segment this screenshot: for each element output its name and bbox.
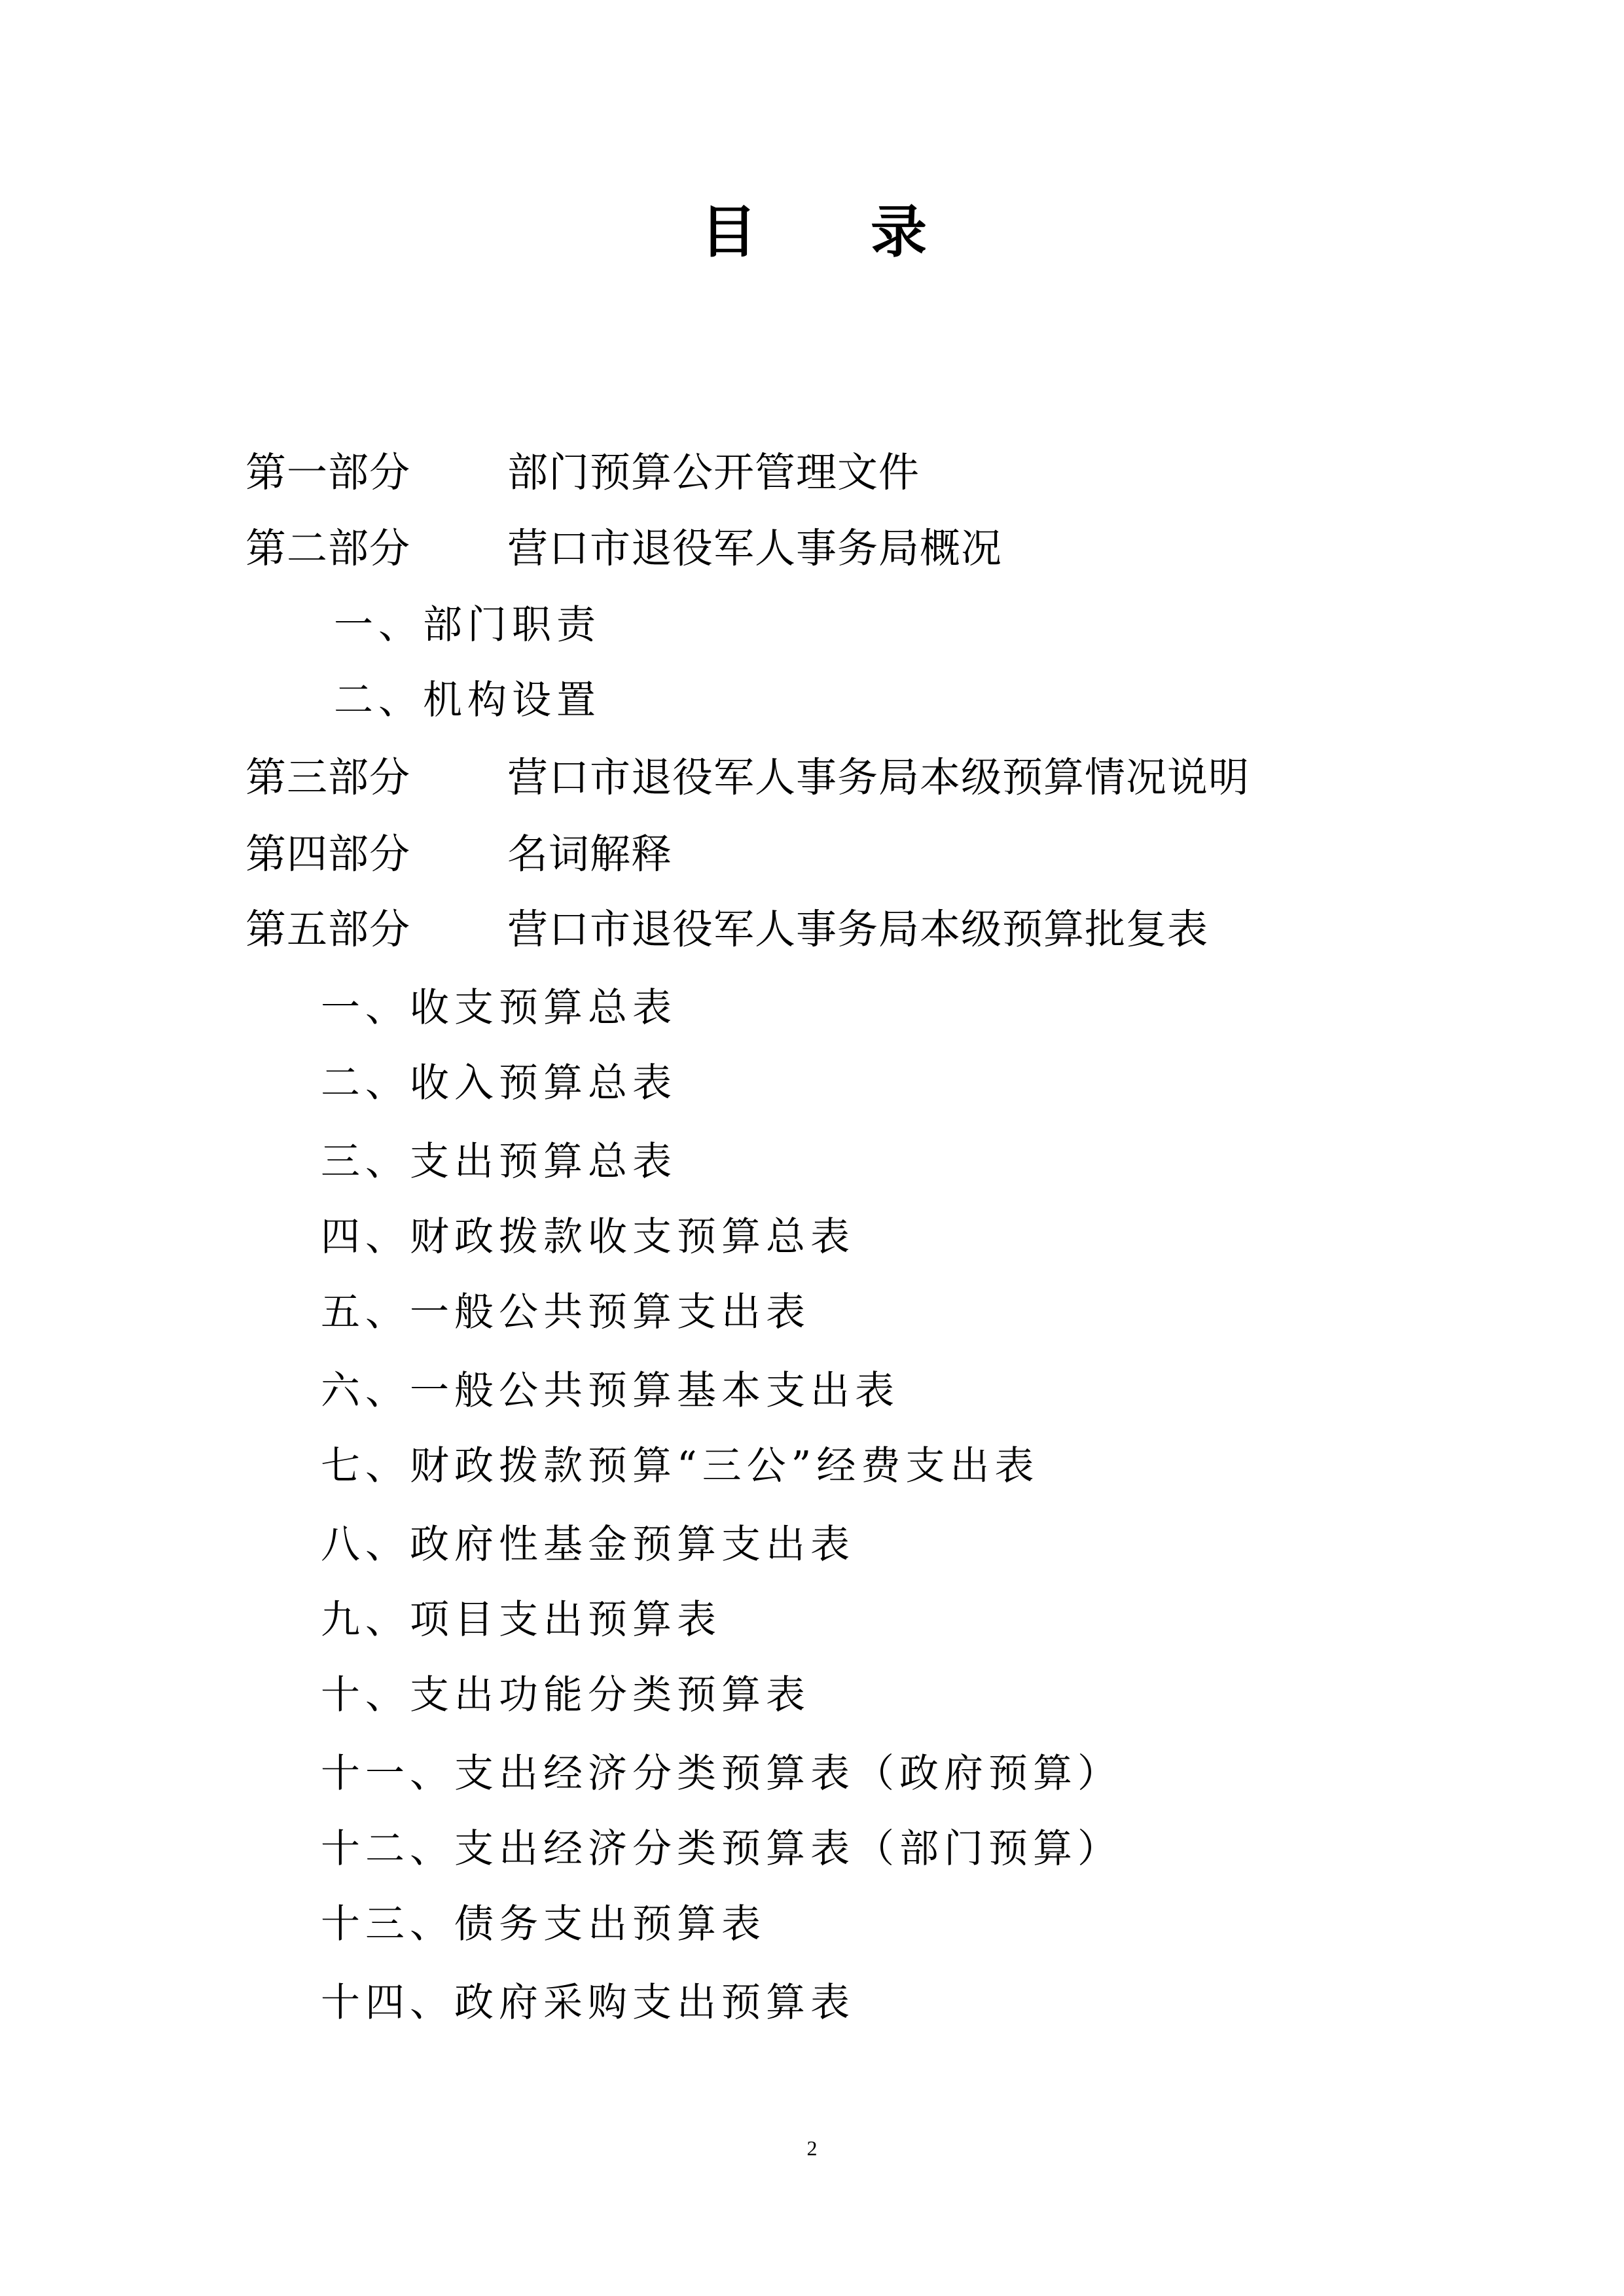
toc-part-3[interactable]: 第三部分 营口市退役军人事务局本级预算情况说明 xyxy=(245,751,1424,804)
toc-part-1[interactable]: 第一部分 部门预算公开管理文件 xyxy=(245,446,1424,499)
toc-part-label: 第二部分 xyxy=(245,522,410,575)
toc-part-4[interactable]: 第四部分 名词解释 xyxy=(245,828,1424,880)
toc-part-2[interactable]: 第二部分 营口市退役军人事务局概况 xyxy=(245,522,1424,575)
toc-subitem[interactable]: 七、财政拨款预算“三公”经费支出表 xyxy=(321,1440,1039,1492)
toc-part-text: 部门预算公开管理文件 xyxy=(507,446,920,499)
toc-subitem[interactable]: 九、项目支出预算表 xyxy=(321,1594,721,1646)
toc-subitem[interactable]: 十四、政府采购支出预算表 xyxy=(321,1977,855,2029)
toc-subitem[interactable]: 四、财政拨款收支预算总表 xyxy=(321,1211,855,1263)
toc-part-text: 名词解释 xyxy=(507,828,672,880)
toc-part-text: 营口市退役军人事务局概况 xyxy=(507,522,1002,575)
toc-subitem[interactable]: 八、政府性基金预算支出表 xyxy=(321,1518,855,1571)
title-char-2: 录 xyxy=(871,190,927,275)
toc-subitem[interactable]: 二、收入预算总表 xyxy=(321,1057,677,1109)
toc-subitem[interactable]: 一、部门职责 xyxy=(334,599,601,651)
toc-subitem[interactable]: 十、支出功能分类预算表 xyxy=(321,1669,810,1721)
toc-subitem[interactable]: 六、一般公共预算基本支出表 xyxy=(321,1365,899,1417)
toc-subitem[interactable]: 二、机构设置 xyxy=(334,674,601,726)
toc-part-label: 第四部分 xyxy=(245,828,410,880)
toc-part-text: 营口市退役军人事务局本级预算情况说明 xyxy=(507,751,1250,804)
page-title: 目 录 xyxy=(0,190,1624,275)
toc-part-text: 营口市退役军人事务局本级预算批复表 xyxy=(507,903,1208,956)
title-char-1: 目 xyxy=(700,190,757,275)
toc-part-label: 第一部分 xyxy=(245,446,410,499)
toc-subitem[interactable]: 十三、债务支出预算表 xyxy=(321,1898,766,1950)
toc-part-label: 第五部分 xyxy=(245,903,410,956)
toc-subitem[interactable]: 一、收支预算总表 xyxy=(321,982,677,1034)
toc-part-5[interactable]: 第五部分 营口市退役军人事务局本级预算批复表 xyxy=(245,903,1424,956)
toc-subitem[interactable]: 十二、支出经济分类预算表（部门预算） xyxy=(321,1823,1122,1875)
toc-subitem[interactable]: 十一、支出经济分类预算表（政府预算） xyxy=(321,1748,1122,1800)
toc-subitem[interactable]: 五、一般公共预算支出表 xyxy=(321,1286,810,1338)
page-number: 2 xyxy=(0,2135,1624,2161)
toc-subitem[interactable]: 三、支出预算总表 xyxy=(321,1136,677,1188)
toc-part-label: 第三部分 xyxy=(245,751,410,804)
